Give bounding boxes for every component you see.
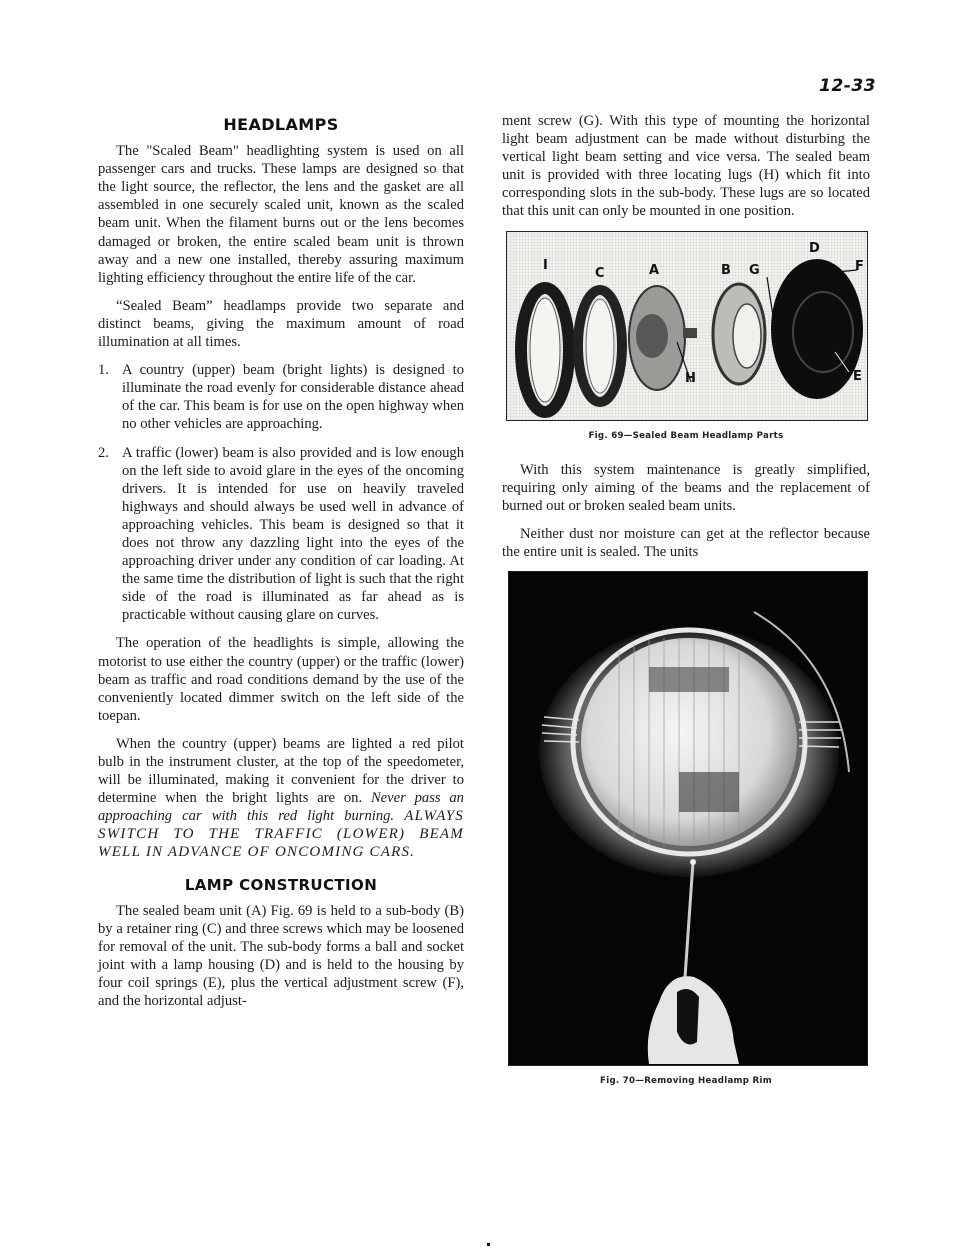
callout-G: G <box>749 262 760 280</box>
right-column: ment screw (G). With this type of mounti… <box>502 112 870 1106</box>
list-text: A country (upper) beam (bright lights) i… <box>122 362 464 432</box>
manual-page: 12-33 HEADLAMPS The "Scaled Beam" headli… <box>0 0 970 1253</box>
maintenance-paragraph: With this system maintenance is greatly … <box>502 461 870 515</box>
pilot-paragraph: When the country (upper) beams are light… <box>98 735 464 862</box>
callout-F: F <box>855 258 864 276</box>
figure-69-headlamp-parts: I C A B G D F H E <box>506 231 868 421</box>
figure-70-removing-headlamp-rim <box>508 571 868 1066</box>
beam-list-item-country: 1. A country (upper) beam (bright lights… <box>98 361 464 433</box>
beam-list-item-traffic: 2. A traffic (lower) beam is also provid… <box>98 444 464 625</box>
callout-H: H <box>685 370 696 388</box>
section-heading-headlamps: HEADLAMPS <box>98 116 464 134</box>
headlamp-parts-illustration <box>507 232 866 419</box>
beam-list: 1. A country (upper) beam (bright lights… <box>98 361 464 624</box>
callout-D: D <box>809 240 820 258</box>
callout-B: B <box>721 262 731 280</box>
intro-paragraph: The "Scaled Beam" headlighting system is… <box>98 142 464 287</box>
scan-artifact-dot <box>487 1243 490 1246</box>
figure-69-caption: Fig. 69—Sealed Beam Headlamp Parts <box>502 427 870 445</box>
operation-paragraph: The operation of the headlights is simpl… <box>98 634 464 724</box>
callout-I: I <box>543 257 548 275</box>
lamp-construction-paragraph: The sealed beam unit (A) Fig. 69 is held… <box>98 902 464 1011</box>
callout-C: C <box>595 265 605 283</box>
list-text: A traffic (lower) beam is also provided … <box>122 445 464 624</box>
callout-E: E <box>853 368 862 386</box>
figure-70-caption: Fig. 70—Removing Headlamp Rim <box>502 1072 870 1090</box>
list-number: 1. <box>98 361 109 379</box>
list-number: 2. <box>98 444 109 462</box>
section-heading-lamp-construction: LAMP CONSTRUCTION <box>98 876 464 894</box>
beams-paragraph: “Sealed Beam” headlamps provide two sepa… <box>98 297 464 351</box>
left-column: HEADLAMPS The "Scaled Beam" headlighting… <box>98 112 464 1020</box>
continuation-paragraph: ment screw (G). With this type of mounti… <box>502 112 870 221</box>
dust-paragraph: Neither dust nor moisture can get at the… <box>502 525 870 561</box>
callout-A: A <box>649 262 659 280</box>
headlamp-rim-photo <box>509 572 866 1064</box>
page-number: 12-33 <box>812 76 876 96</box>
